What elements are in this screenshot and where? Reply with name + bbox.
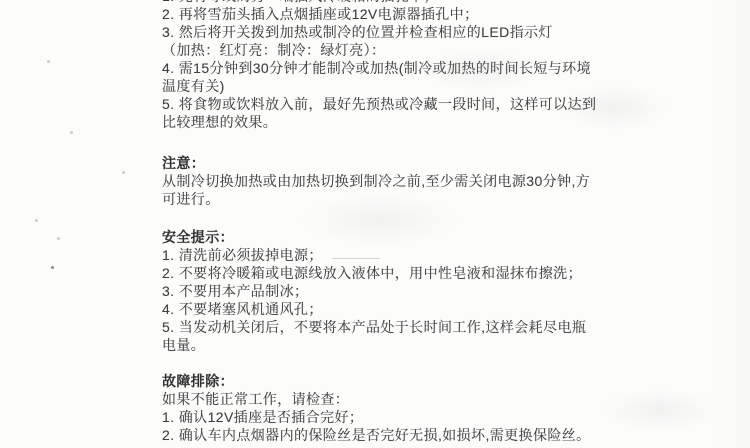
scan-speck xyxy=(51,266,54,269)
scan-speck xyxy=(35,219,38,222)
scan-smudge xyxy=(560,85,670,130)
scanned-manual-page: 1. 先将导线的另一端插入冷暖箱的插孔中； 2. 再将雪茄头插入点烟插座或12V… xyxy=(0,0,750,448)
scan-smudge xyxy=(420,50,540,90)
notice-line-1: 从制冷切换加热或由加热切换到制冷之前,至少需关闭电源30分钟,方 xyxy=(162,172,692,190)
scan-dash-artifact xyxy=(332,258,380,259)
notice-heading: 注意： xyxy=(162,154,692,172)
scan-speck xyxy=(70,131,73,134)
troubleshooting-heading: 故障排除： xyxy=(162,372,692,390)
scan-smudge xyxy=(600,390,720,430)
safety-line-5: 5. 当发动机关闭后，不要将本产品处于长时间工作,这样会耗尽电瓶 xyxy=(162,318,692,336)
scan-speck xyxy=(47,60,50,63)
step-line-3: 3. 然后将开关拨到加热或制冷的位置并检查相应的LED指示灯 xyxy=(162,23,692,41)
scan-edge-shading xyxy=(710,0,750,448)
safety-line-3: 3. 不要用本产品制冰； xyxy=(162,282,692,300)
safety-tips-section: 安全提示： 1. 清洗前必须拔掉电源； 2. 不要将冷暖箱或电源线放入液体中，用… xyxy=(162,228,692,354)
scan-smudge xyxy=(300,195,460,245)
safety-line-5-continued: 电量。 xyxy=(162,336,692,354)
scan-speck xyxy=(57,237,60,240)
step-line-2: 2. 再将雪茄头插入点烟插座或12V电源器插孔中； xyxy=(162,5,692,23)
step-line-3-continued: （加热：红灯亮：制冷：绿灯亮）： xyxy=(162,41,692,59)
troubleshooting-line-3: 2. 确认车内点烟器内的保险丝是否完好无损,如损坏,需更换保险丝。 xyxy=(162,426,692,444)
scan-speck xyxy=(122,171,125,174)
safety-line-4: 4. 不要堵塞风机通风孔； xyxy=(162,300,692,318)
safety-line-1: 1. 清洗前必须拔掉电源； xyxy=(162,246,692,264)
safety-line-2: 2. 不要将冷暖箱或电源线放入液体中，用中性皂液和湿抹布擦洗； xyxy=(162,264,692,282)
